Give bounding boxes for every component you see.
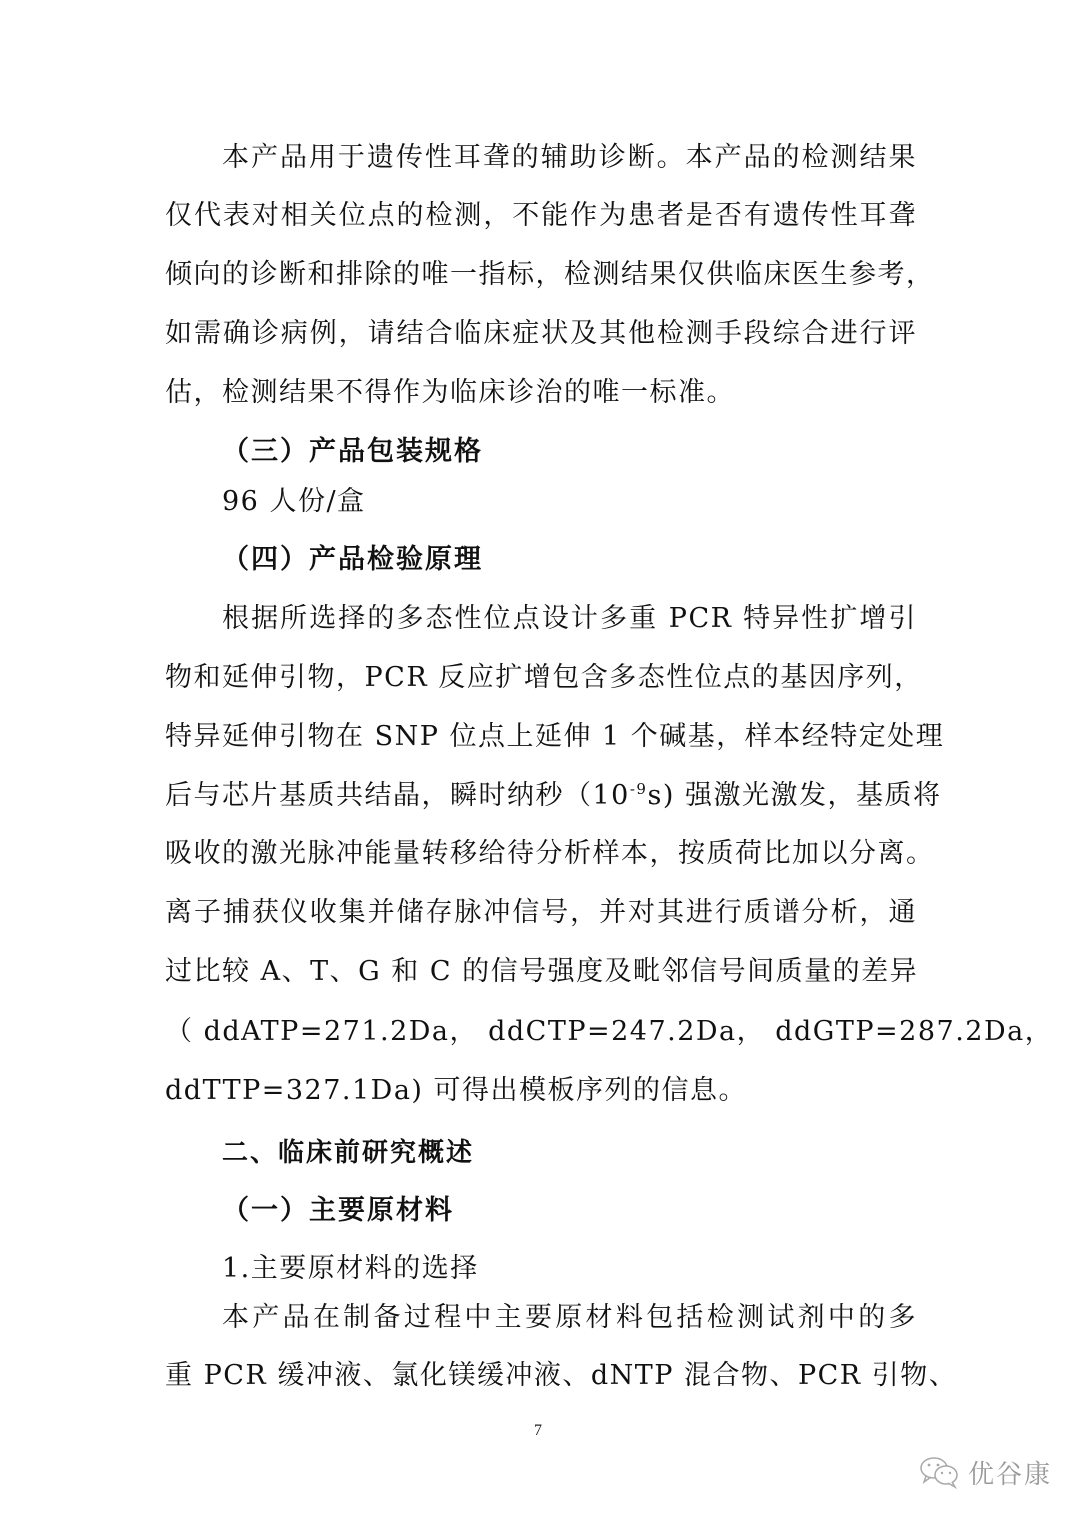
paragraph-line: 重 PCR 缓冲液、氯化镁缓冲液、dNTP 混合物、PCR 引物、: [165, 1358, 917, 1394]
packaging-spec: 96 人份/盒: [222, 484, 366, 520]
document-page: 本产品用于遗传性耳聋的辅助诊断。本产品的检测结果 仅代表对相关位点的检测，不能作…: [0, 0, 1080, 1528]
wechat-icon: [918, 1454, 962, 1490]
paragraph-line: 吸收的激光脉冲能量转移给待分析样本，按质荷比加以分离。: [165, 836, 917, 872]
paragraph-line: 本产品用于遗传性耳聋的辅助诊断。本产品的检测结果: [222, 140, 917, 176]
section-heading-preclinical: 二、临床前研究概述: [222, 1135, 474, 1171]
paragraph-line: 本产品在制备过程中主要原材料包括检测试剂中的多: [222, 1300, 917, 1336]
numbered-item-heading: 1.主要原材料的选择: [222, 1251, 479, 1287]
text-segment: 后与芯片基质共结晶，瞬时纳秒（10: [165, 780, 630, 811]
page-number: 7: [534, 1422, 542, 1440]
paragraph-line: 倾向的诊断和排除的唯一指标，检测结果仅供临床医生参考，: [165, 257, 917, 293]
paragraph-line: 仅代表对相关位点的检测，不能作为患者是否有遗传性耳聋: [165, 198, 917, 234]
paragraph-line: 根据所选择的多态性位点设计多重 PCR 特异性扩增引: [222, 601, 917, 637]
section-subheading-principle: （四）产品检验原理: [222, 542, 483, 578]
section-subheading-materials: （一）主要原材料: [222, 1193, 454, 1229]
paragraph-line-with-superscript: 后与芯片基质共结晶，瞬时纳秒（10-9s) 强激光激发，基质将: [165, 778, 917, 814]
paragraph-line: ddTTP=327.1Da) 可得出模板序列的信息。: [165, 1073, 747, 1109]
paragraph-line: 离子捕获仪收集并储存脉冲信号，并对其进行质谱分析，通: [165, 895, 917, 931]
paragraph-line: 如需确诊病例，请结合临床症状及其他检测手段综合进行评: [165, 316, 917, 352]
section-subheading-packaging: （三）产品包装规格: [222, 434, 917, 470]
text-segment: s) 强激光激发，基质将: [647, 780, 941, 811]
paragraph-line: （ ddATP=271.2Da， ddCTP=247.2Da， ddGTP=28…: [165, 1014, 917, 1050]
paragraph-line: 特异延伸引物在 SNP 位点上延伸 1 个碱基，样本经特定处理: [165, 719, 917, 755]
watermark: 优谷康: [918, 1452, 1052, 1492]
paragraph-line: 物和延伸引物，PCR 反应扩增包含多态性位点的基因序列，: [165, 660, 917, 696]
paragraph-line: 估，检测结果不得作为临床诊治的唯一标准。: [165, 375, 735, 411]
superscript-exponent: -9: [630, 780, 648, 798]
watermark-label: 优谷康: [968, 1454, 1052, 1491]
paragraph-line: 过比较 A、T、G 和 C 的信号强度及毗邻信号间质量的差异: [165, 954, 917, 990]
